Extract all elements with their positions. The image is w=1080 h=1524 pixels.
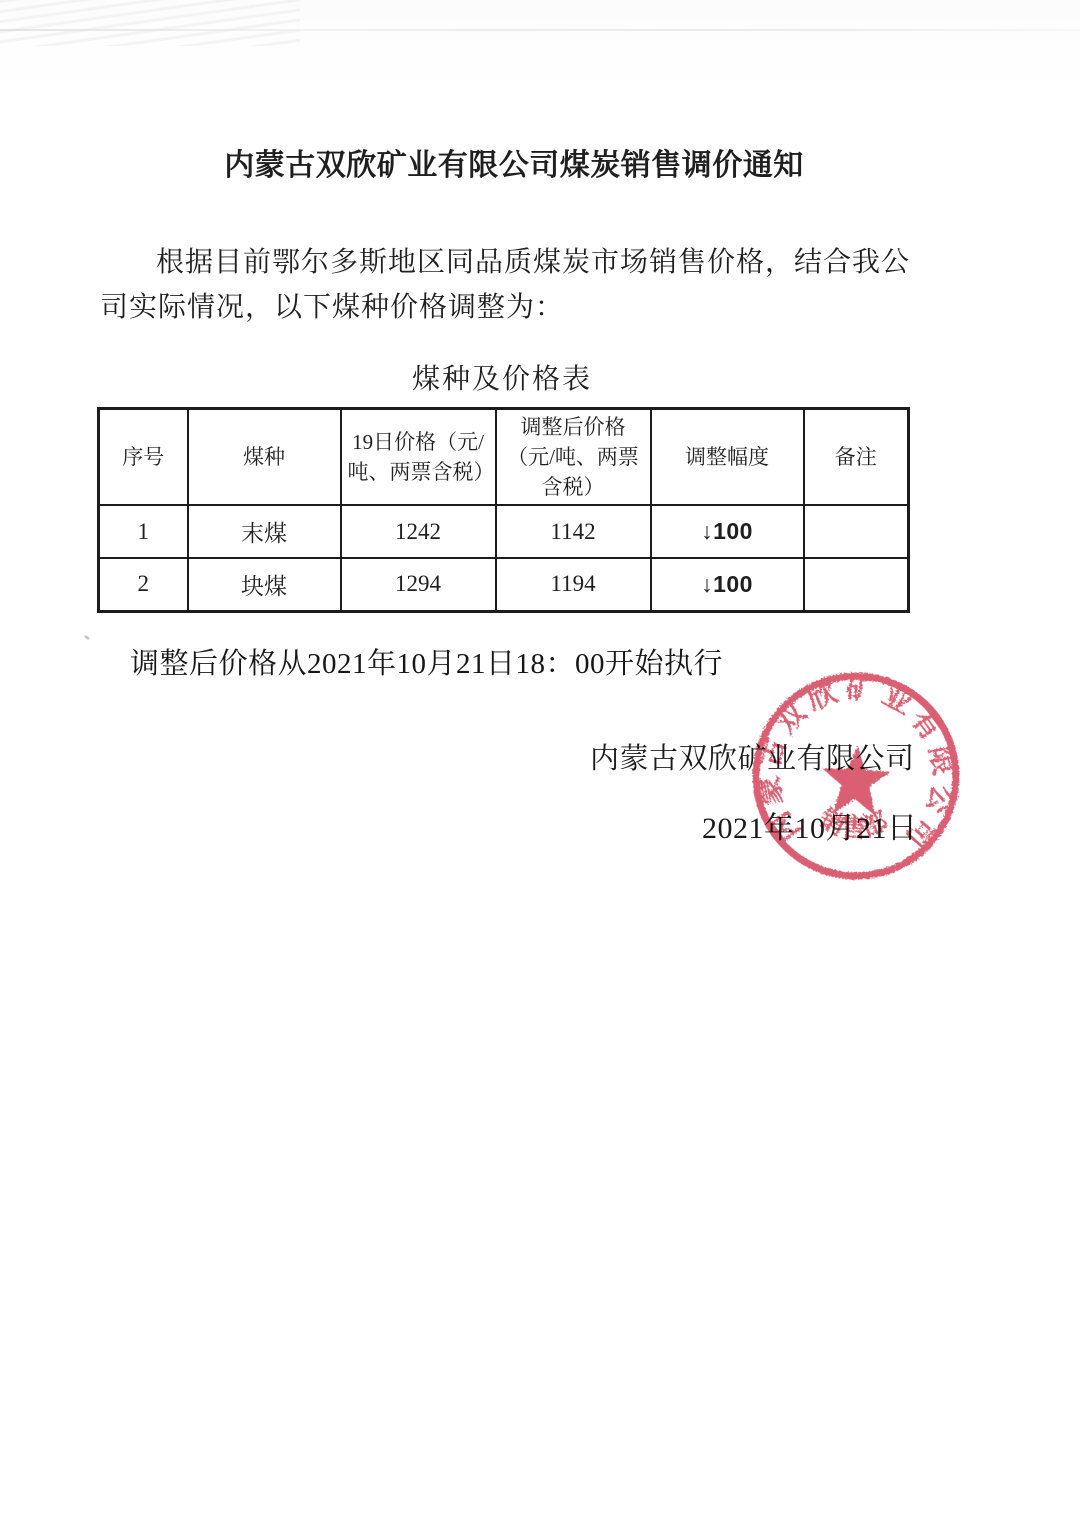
- col-header-remark: 备注: [804, 409, 909, 506]
- intro-paragraph: 根据目前鄂尔多斯地区同品质煤炭市场销售价格，结合我公司实际情况，以下煤种价格调整…: [100, 240, 912, 330]
- company-seal-stamp: 内蒙古双欣矿业有限公司 销售部: [748, 668, 964, 884]
- coal-price-table: 序号 煤种 19日价格（元/吨、两票含税） 调整后价格（元/吨、两票含税） 调整…: [97, 407, 910, 613]
- document-title: 内蒙古双欣矿业有限公司煤炭销售调价通知: [0, 140, 1028, 184]
- cell-remark: [804, 505, 909, 558]
- scan-artifact-line: [0, 29, 1080, 31]
- col-header-index: 序号: [99, 409, 188, 506]
- cell-price-19th: 1294: [341, 558, 496, 611]
- cell-price-19th: 1242: [341, 505, 496, 558]
- cell-index: 1: [99, 505, 188, 558]
- cell-remark: [804, 558, 909, 611]
- table-row: 1 末煤 1242 1142 ↓100: [99, 505, 909, 558]
- col-header-price-19th: 19日价格（元/吨、两票含税）: [341, 409, 496, 506]
- cell-index: 2: [99, 558, 188, 611]
- table-row: 2 块煤 1294 1194 ↓100: [99, 558, 909, 611]
- cell-coal-type: 末煤: [188, 505, 341, 558]
- cell-change: ↓100: [651, 558, 804, 611]
- cell-change: ↓100: [651, 505, 804, 558]
- price-table-title: 煤种及价格表: [97, 357, 907, 397]
- cell-coal-type: 块煤: [188, 558, 341, 611]
- effective-time-note: 调整后价格从2021年10月21日18：00开始执行: [130, 641, 723, 682]
- seal-bottom-text: 销售部: [814, 803, 894, 845]
- col-header-price-adjusted: 调整后价格（元/吨、两票含税）: [496, 409, 651, 506]
- document-page: 内蒙古双欣矿业有限公司煤炭销售调价通知 根据目前鄂尔多斯地区同品质煤炭市场销售价…: [0, 0, 1080, 1524]
- col-header-coal-type: 煤种: [188, 409, 341, 506]
- table-header-row: 序号 煤种 19日价格（元/吨、两票含税） 调整后价格（元/吨、两票含税） 调整…: [99, 409, 909, 506]
- scan-artifact-speck: [84, 635, 91, 641]
- scan-artifact-streak: [0, 0, 300, 46]
- seal-bottom-text-holder: 销售部: [814, 803, 894, 845]
- cell-price-adjusted: 1194: [496, 558, 651, 611]
- cell-price-adjusted: 1142: [496, 505, 651, 558]
- col-header-change: 调整幅度: [651, 409, 804, 506]
